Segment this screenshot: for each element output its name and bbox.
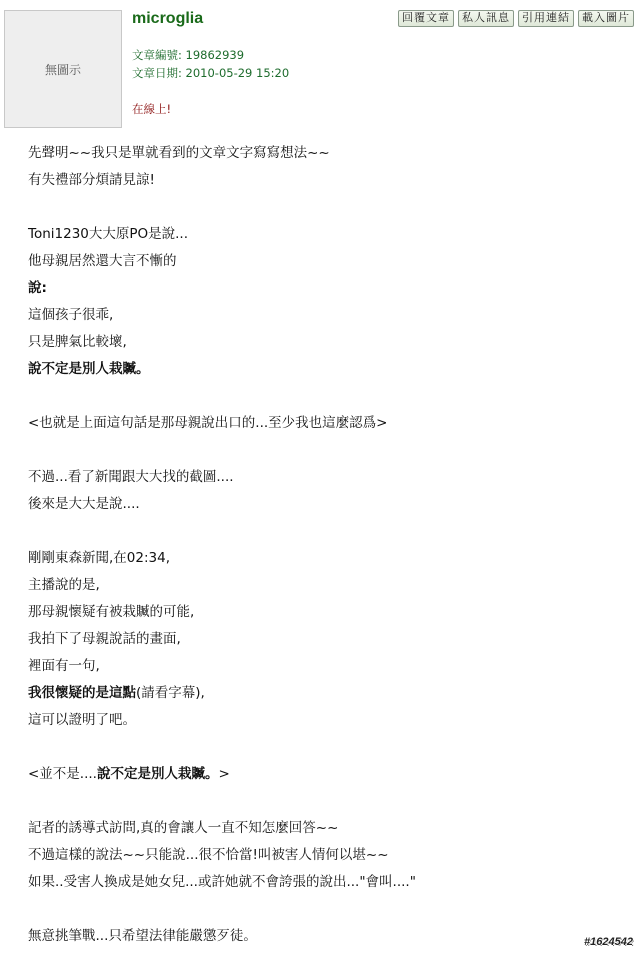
post-line: 他母親居然還大言不慚的 [28, 248, 618, 275]
text: 後來是大大是說.... [28, 496, 140, 512]
post-line: 說: [28, 275, 618, 302]
post-date-label: 文章日期: [132, 66, 182, 80]
text: <也就是上面這句話是那母親說出口的...至少我也這麼認爲> [28, 415, 388, 431]
text: 剛剛東森新聞,在02:34, [28, 550, 170, 566]
text: 這個孩子很乖, [28, 307, 113, 323]
text: 他母親居然還大言不慚的 [28, 253, 177, 269]
blank-line [28, 896, 618, 923]
bold-text: 我很懷疑的是這點 [28, 685, 136, 701]
text: 無意挑筆戰...只希望法律能嚴懲歹徒。 [28, 928, 257, 944]
bold-text: 說: [28, 280, 47, 296]
post-line: <並不是....說不定是別人栽贓。> [28, 761, 618, 788]
text: 裡面有一句, [28, 658, 100, 674]
text: 不過這樣的說法~~只能說...很不恰當!叫被害人情何以堪~~ [28, 847, 389, 863]
post-line: 我拍下了母親說話的畫面, [28, 626, 618, 653]
load-images-button[interactable]: 載入圖片 [578, 10, 634, 27]
text: 如果..受害人換成是她女兒...或許她就不會誇張的說出..."會叫...." [28, 874, 416, 890]
bold-text: 說不定是別人栽贓。 [28, 361, 150, 377]
text: 不過...看了新聞跟大大找的截圖.... [28, 469, 234, 485]
post-date-row: 文章日期: 2010-05-29 15:20 [132, 64, 289, 82]
text: 這可以證明了吧。 [28, 712, 136, 728]
post-line: 那母親懷疑有被栽贓的可能, [28, 599, 618, 626]
post-line: 這可以證明了吧。 [28, 707, 618, 734]
bold-text: 說不定是別人栽贓。 [97, 766, 219, 782]
avatar-placeholder-text: 無圖示 [45, 61, 81, 78]
post-meta: microglia 文章編號: 19862939 文章日期: 2010-05-2… [132, 8, 289, 118]
text: 先聲明~~我只是單就看到的文章文字寫寫想法~~ [28, 145, 330, 161]
private-message-button[interactable]: 私人訊息 [458, 10, 514, 27]
post-line: 不過...看了新聞跟大大找的截圖.... [28, 464, 618, 491]
post-toolbar: 回覆文章 私人訊息 引用連結 載入圖片 [398, 10, 634, 27]
post-line: Toni1230大大原PO是說... [28, 221, 618, 248]
blank-line [28, 383, 618, 410]
blank-line [28, 437, 618, 464]
post-number-row: 文章編號: 19862939 [132, 46, 289, 64]
blank-line [28, 788, 618, 815]
post-line: 後來是大大是說.... [28, 491, 618, 518]
text: > [218, 766, 229, 782]
text: 只是脾氣比較壞, [28, 334, 127, 350]
text: (請看字幕), [136, 685, 205, 701]
text: Toni1230大大原PO是說... [28, 226, 188, 242]
post-line: 我很懷疑的是這點(請看字幕), [28, 680, 618, 707]
post-line: 這個孩子很乖, [28, 302, 618, 329]
online-status: 在線上! [132, 100, 289, 118]
post-line: <也就是上面這句話是那母親說出口的...至少我也這麼認爲> [28, 410, 618, 437]
post-line: 主播說的是, [28, 572, 618, 599]
post-line: 說不定是別人栽贓。 [28, 356, 618, 383]
post-body: 先聲明~~我只是單就看到的文章文字寫寫想法~~有失禮部分煩請見諒!Toni123… [28, 140, 618, 950]
post-line: 剛剛東森新聞,在02:34, [28, 545, 618, 572]
post-id: #1624542 [584, 936, 633, 948]
post-line: 先聲明~~我只是單就看到的文章文字寫寫想法~~ [28, 140, 618, 167]
blank-line [28, 194, 618, 221]
text: 主播說的是, [28, 577, 100, 593]
text: <並不是.... [28, 766, 97, 782]
blank-line [28, 518, 618, 545]
quote-link-button[interactable]: 引用連結 [518, 10, 574, 27]
avatar: 無圖示 [4, 10, 122, 128]
reply-button[interactable]: 回覆文章 [398, 10, 454, 27]
text: 記者的誘導式訪問,真的會讓人一直不知怎麼回答~~ [28, 820, 338, 836]
post-line: 只是脾氣比較壞, [28, 329, 618, 356]
post-line: 有失禮部分煩請見諒! [28, 167, 618, 194]
post-line: 裡面有一句, [28, 653, 618, 680]
post-date: 2010-05-29 15:20 [186, 66, 290, 80]
post-line: 不過這樣的說法~~只能說...很不恰當!叫被害人情何以堪~~ [28, 842, 618, 869]
blank-line [28, 734, 618, 761]
post-line: 無意挑筆戰...只希望法律能嚴懲歹徒。 [28, 923, 618, 950]
post-number: 19862939 [186, 48, 245, 62]
text: 那母親懷疑有被栽贓的可能, [28, 604, 194, 620]
post-number-label: 文章編號: [132, 48, 182, 62]
author-name[interactable]: microglia [132, 8, 289, 30]
post-line: 如果..受害人換成是她女兒...或許她就不會誇張的說出..."會叫...." [28, 869, 618, 896]
text: 有失禮部分煩請見諒! [28, 172, 155, 188]
text: 我拍下了母親說話的畫面, [28, 631, 181, 647]
post-line: 記者的誘導式訪問,真的會讓人一直不知怎麼回答~~ [28, 815, 618, 842]
